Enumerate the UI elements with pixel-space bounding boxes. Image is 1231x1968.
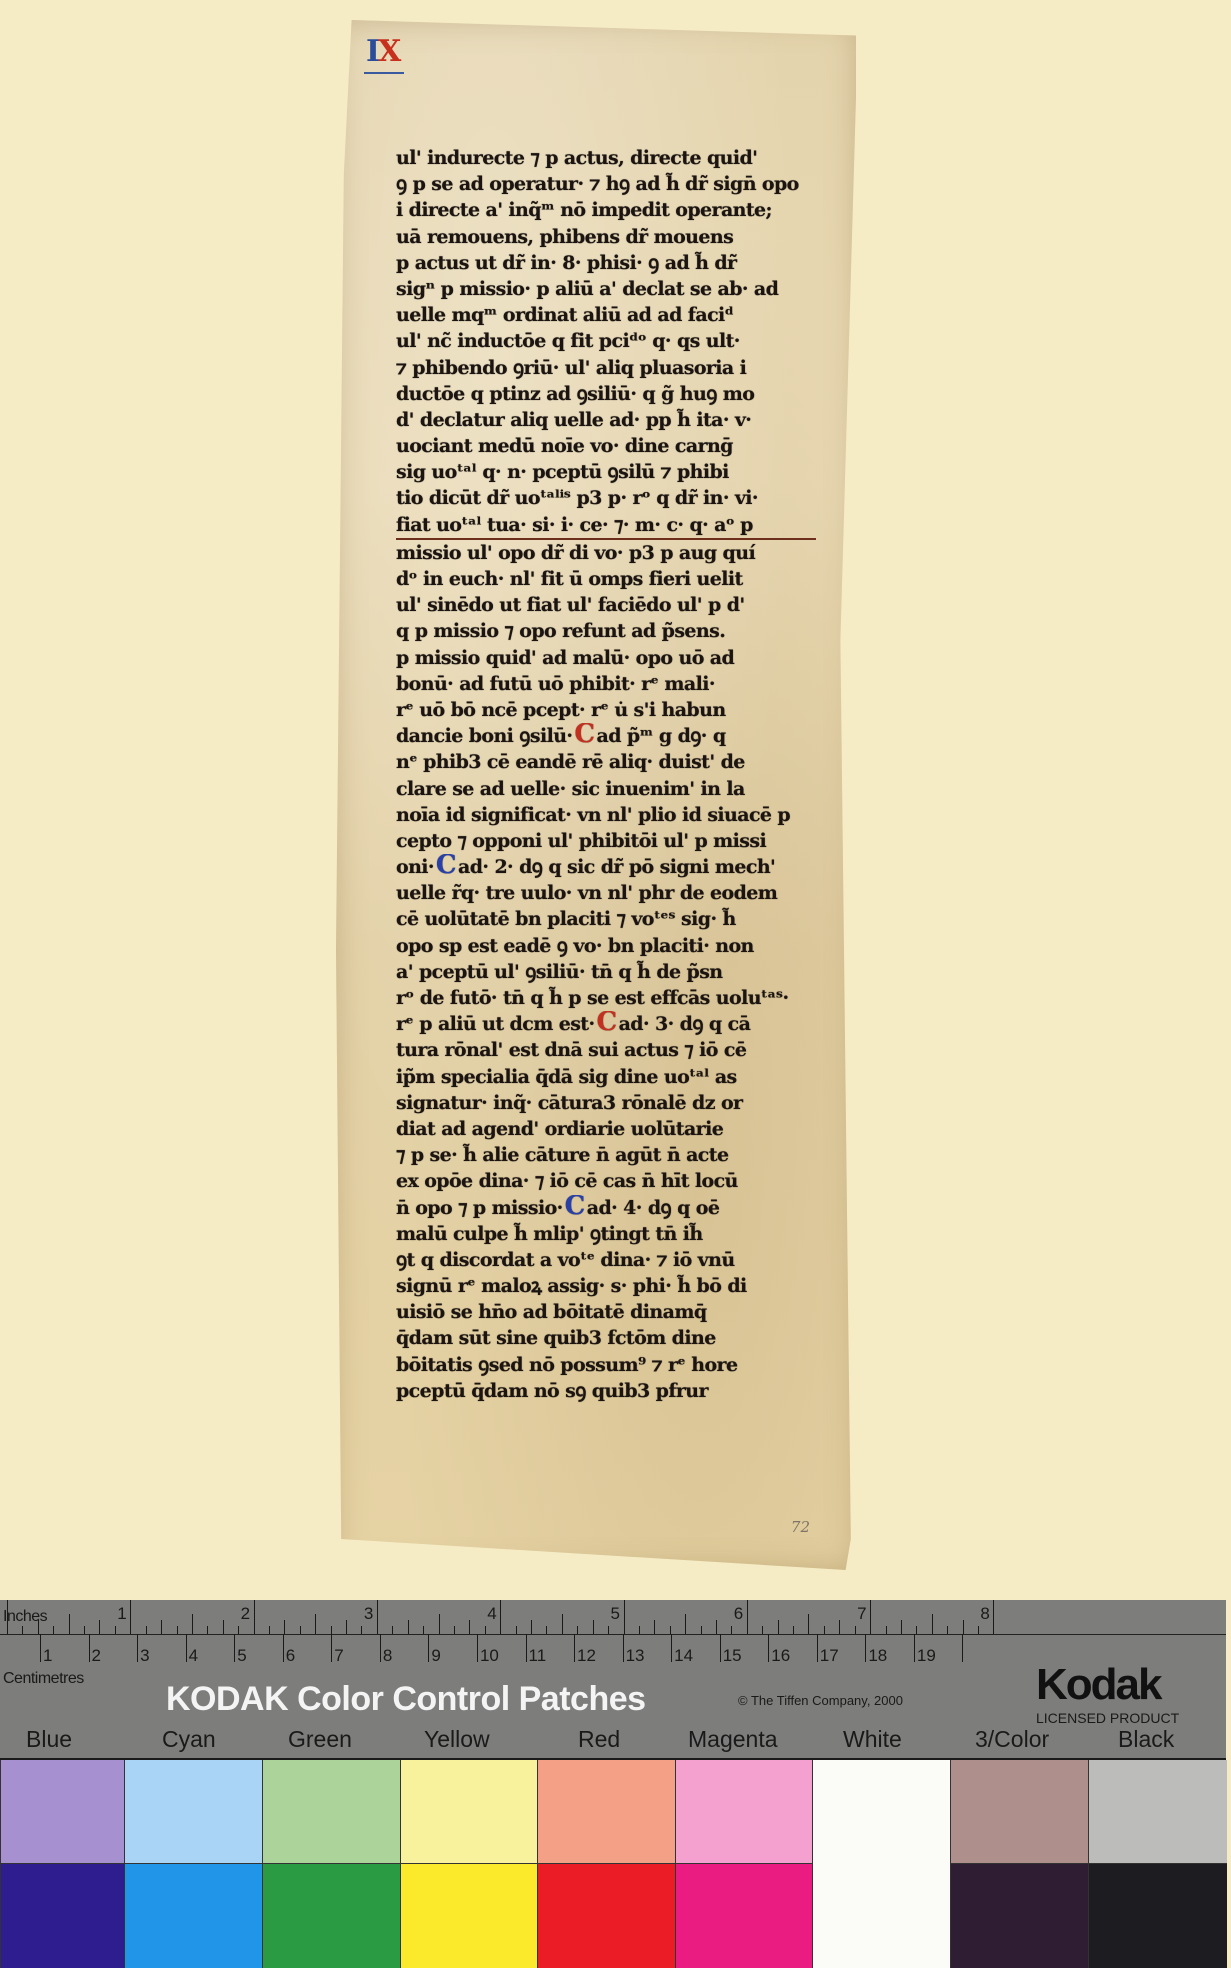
manuscript-line-text: ductōe q ptinz ad ꝯsiliū· q g̃ huꝯ mo [396,383,754,405]
manuscript-line-text: n̄ opo ⁊ p missio· [396,1197,563,1219]
manuscript-line-text: uā remouens, phibens dr̃ mouens [396,226,733,248]
manuscript-line-text: uociant medū noīe vo· dine carnḡ [396,435,733,457]
inch-tick [207,1626,208,1634]
manuscript-line-text: signatur· inq̃· cātura3 rōnalē dz or [396,1092,742,1114]
inch-tick [315,1614,316,1634]
manuscript-line: ul' indurecte ⁊ p actus, directe quid' [396,145,816,171]
patch-green-light [262,1760,401,1863]
manuscript-line-text: missio ul' opo dr̃ di vo· p3 p aug quí [396,542,755,564]
manuscript-line: p missio quid' ad malū· opo uō ad [396,645,816,671]
cm-tick-label: 7 [334,1646,343,1666]
inch-tick-label: 5 [611,1604,620,1624]
centimetres-label: Centimetres [3,1670,84,1688]
manuscript-line: cē uolūtatē bn placiti ⁊ voᵗᵉˢ sig· h̃ [396,906,816,932]
manuscript-line: malū culpe h̃ mlip' ꝯtingt tn̄ ih̃ [396,1221,816,1247]
manuscript-line: i directe a' inq̃ᵐ nō impedit operante; [396,197,816,223]
manuscript-line: ꝯt q discordat a voᵗᵉ dina· ⁊ iō vnū [396,1247,816,1273]
inch-tick [161,1620,162,1634]
manuscript-line-text: nᵉ phib3 cē eandē rē aliq· duist' de [396,751,745,773]
manuscript-line-text: ip̃m specialia q̄dā sig dine uoᵗᵃˡ as [396,1066,737,1088]
inch-tick [855,1626,856,1634]
manuscript-line-text: cepto ⁊ opponi ul' phibitōi ul' p missi [396,830,766,852]
inch-tick [99,1620,100,1634]
manuscript-line-text: malū culpe h̃ mlip' ꝯtingt tn̄ ih̃ [396,1223,703,1245]
color-patches [0,1758,1226,1968]
manuscript-line: ul' nc̃ inductōe q fit pciᵈᵒ q· qs ult· [396,328,816,354]
manuscript-line-text: q̄dam sūt sine quib3 fctōm dine [396,1327,716,1349]
inch-tick [624,1600,625,1634]
patch-green-dark [262,1863,401,1968]
inch-tick [69,1614,70,1634]
patch-label-yellow: Yellow [424,1726,490,1753]
patch-yellow-dark [400,1863,538,1968]
manuscript-line-text: clare se ad uelle· sic inuenim' in la [396,778,745,800]
paragraph-initial-blue: C [436,855,456,875]
inch-tick [146,1626,147,1634]
patch-labels: BlueCyanGreenYellowRedMagentaWhite3/Colo… [0,1724,1226,1754]
manuscript-line: n̄ opo ⁊ p missio·Cad· 4· dꝯ q oē [396,1195,816,1221]
inch-tick [947,1626,948,1634]
patch-white-light [812,1760,951,1968]
manuscript-line-text: p actus ut dr̃ in· 8· phisi· ꝯ ad h̃ dr̃ [396,252,736,274]
inch-tick-label: 2 [241,1604,250,1624]
paragraph-initial-red: C [574,724,594,744]
manuscript-line: noīa id significat· vn nl' plio id siuac… [396,802,816,828]
inch-tick [716,1620,717,1634]
cm-tick [234,1634,235,1662]
patch-cyan-light [124,1760,263,1863]
manuscript-line-text: tura rōnal' est dnā sui actus ⁊ iō cē [396,1039,746,1061]
manuscript-line-text: uelle mqᵐ ordinat aliū ad ad faciᵈ [396,304,734,326]
inch-tick [670,1626,671,1634]
quire-mark-red: X [378,34,399,69]
inch-tick [701,1626,702,1634]
patch-red-dark [537,1863,676,1968]
patch-magenta-light [675,1760,813,1863]
manuscript-line-text: p missio quid' ad malū· opo uō ad [396,647,734,669]
cm-tick [914,1634,915,1662]
inch-tick [500,1600,501,1634]
patch-label-3-color: 3/Color [975,1726,1049,1753]
inch-tick [361,1626,362,1634]
cm-tick-label: 10 [480,1646,499,1666]
manuscript-line: tio dicūt dr̃ uoᵗᵃˡⁱˢ p3 p· rᵒ q dr̃ in·… [396,485,816,511]
cm-tick-label: 15 [723,1646,742,1666]
cm-tick-label: 19 [917,1646,936,1666]
inch-tick [192,1614,193,1634]
patch-label-black: Black [1118,1726,1174,1753]
inch-tick [130,1600,131,1634]
manuscript-line: ductōe q ptinz ad ꝯsiliū· q g̃ huꝯ mo [396,381,816,407]
manuscript-line-text: rᵉ p aliū ut dcm est· [396,1013,595,1035]
patch-label-magenta: Magenta [688,1726,778,1753]
manuscript-line: bonū· ad futū uō phibit· rᵉ mali· [396,671,816,697]
inch-tick [808,1614,809,1634]
inch-tick [38,1620,39,1634]
inch-tick [824,1626,825,1634]
manuscript-line: sigⁿ p missio· p aliū a' declat se ab· a… [396,276,816,302]
manuscript-line-text: ul' nc̃ inductōe q fit pciᵈᵒ q· qs ult· [396,330,740,352]
copyright-notice: © The Tiffen Company, 2000 [738,1693,903,1708]
inch-tick [53,1626,54,1634]
inch-tick-label: 1 [117,1604,126,1624]
cm-tick [817,1634,818,1662]
inch-tick [685,1614,686,1634]
cm-tick-label: 5 [237,1646,246,1666]
cm-tick-label: 8 [383,1646,392,1666]
manuscript-line-text: noīa id significat· vn nl' plio id siuac… [396,804,790,826]
initial-following-text: ad· 3· dꝯ q cā [619,1013,751,1035]
inch-tick [84,1626,85,1634]
manuscript-line: sig uoᵗᵃˡ q· n· pceptū ꝯsilū ⁊ phibi [396,459,816,485]
manuscript-line-text: a' pceptū ul' ꝯsiliū· tn̄ q h̃ de p̃sn [396,961,723,983]
manuscript-line: clare se ad uelle· sic inuenim' in la [396,776,816,802]
manuscript-line: signatur· inq̃· cātura3 rōnalē dz or [396,1090,816,1116]
manuscript-line-text: dᵒ in euch· nl' fit ū omps fieri uelit [396,568,743,590]
inch-tick-label: 6 [734,1604,743,1624]
inch-tick [870,1600,871,1634]
manuscript-line-text: ⁊ p se· h̃ alie cāture n̄ agūt n̄ acte [396,1144,728,1166]
inch-tick-label: 3 [364,1604,373,1624]
cm-tick [380,1634,381,1662]
cm-tick-label: 2 [92,1646,101,1666]
manuscript-line-text: fiat uoᵗᵃˡ tua· si· i· ce· ⁊· m· c· q· a… [396,514,753,536]
cm-tick [283,1634,284,1662]
inch-tick [562,1614,563,1634]
inch-tick [963,1620,964,1634]
manuscript-line: ul' sinēdo ut fiat ul' faciēdo ul' p d' [396,592,816,618]
manuscript-line-text: pceptū q̄dam nō sꝯ quib3 pfrur [396,1380,708,1402]
inch-tick [516,1626,517,1634]
inch-tick [762,1626,763,1634]
manuscript-line-text: tio dicūt dr̃ uoᵗᵃˡⁱˢ p3 p· rᵒ q dr̃ in·… [396,487,758,509]
patch-blue-light [0,1760,125,1863]
kodak-color-target: Inches 12345678 123456789101112131415161… [0,1600,1226,1968]
manuscript-line-text: uisiō se hn̄o ad bōitatē dinamq̄ [396,1301,707,1323]
cm-tick-label: 17 [820,1646,839,1666]
inch-tick [223,1620,224,1634]
inch-tick [454,1626,455,1634]
cm-tick [768,1634,769,1662]
manuscript-line-text: ul' indurecte ⁊ p actus, directe quid' [396,147,757,169]
inch-tick [238,1626,239,1634]
patch-black-light [1088,1760,1227,1863]
inch-tick [177,1626,178,1634]
manuscript-line-text: ex opōe dina· ⁊ iō cē cas n̄ hīt locū [396,1170,738,1192]
cm-tick [574,1634,575,1662]
cm-tick [865,1634,866,1662]
manuscript-line-text: diat ad agend' ordiarie uolūtarie [396,1118,723,1140]
patch-label-cyan: Cyan [162,1726,216,1753]
cm-tick [623,1634,624,1662]
manuscript-line-text: q p missio ⁊ opo refunt ad p̃sens. [396,620,725,642]
manuscript-line: rᵒ de futō· tn̄ q h̃ p se est effcās uol… [396,985,816,1011]
manuscript-line: dancie boni ꝯsilū·Cad p̃ᵐ g dꝯ· q [396,723,816,749]
paragraph-initial-red: C [597,1012,617,1032]
inch-tick [439,1614,440,1634]
manuscript-line-text: d' declatur aliq uelle ad· pp h̃ ita· v· [396,409,751,431]
manuscript-line: bōitatis ꝯsed nō possum⁹ ⁊ rᵉ hore [396,1352,816,1378]
manuscript-line: ip̃m specialia q̄dā sig dine uoᵗᵃˡ as [396,1064,816,1090]
cm-tick [331,1634,332,1662]
manuscript-leaf: IX ul' indurecte ⁊ p actus, directe quid… [336,20,856,1570]
cm-tick-label: 16 [771,1646,790,1666]
inch-tick [269,1626,270,1634]
inch-tick [469,1620,470,1634]
manuscript-line: uelle r̃q· tre uulo· vn nl' phr de eodem [396,880,816,906]
manuscript-line: q̄dam sūt sine quib3 fctōm dine [396,1325,816,1351]
cm-tick-label: 18 [868,1646,887,1666]
inch-tick [485,1626,486,1634]
patch-blue-dark [0,1863,125,1968]
cm-tick-label: 3 [140,1646,149,1666]
manuscript-line: missio ul' opo dr̃ di vo· p3 p aug quí [396,540,816,566]
inch-ruler: Inches 12345678 [0,1600,1226,1635]
inch-tick [546,1626,547,1634]
inch-tick [284,1620,285,1634]
manuscript-line-text: dancie boni ꝯsilū· [396,725,572,747]
manuscript-line-text: sig uoᵗᵃˡ q· n· pceptū ꝯsilū ⁊ phibi [396,461,729,483]
manuscript-line: ⁊ p se· h̃ alie cāture n̄ agūt n̄ acte [396,1142,816,1168]
cm-tick-label: 11 [529,1646,547,1666]
cm-tick [720,1634,721,1662]
cm-tick [477,1634,478,1662]
manuscript-line: q p missio ⁊ opo refunt ad p̃sens. [396,618,816,644]
manuscript-line: pceptū q̄dam nō sꝯ quib3 pfrur [396,1378,816,1404]
cm-tick [89,1634,90,1662]
inch-tick [300,1626,301,1634]
inch-tick [254,1600,255,1634]
inch-tick [639,1626,640,1634]
patch-cyan-dark [124,1863,263,1968]
inch-tick [7,1600,8,1634]
inch-tick [747,1600,748,1634]
inch-tick [377,1600,378,1634]
target-title: KODAK Color Control Patches [166,1680,646,1719]
manuscript-line: diat ad agend' ordiarie uolūtarie [396,1116,816,1142]
quire-mark: IX [366,34,399,69]
patch-label-green: Green [288,1726,352,1753]
manuscript-line: oni·Cad· 2· dꝯ q sic dr̃ pō signi mech' [396,854,816,880]
inch-tick [731,1626,732,1634]
cm-tick [186,1634,187,1662]
manuscript-line-text: ꝯ p se ad operatur· ⁊ hꝯ ad h̃ dr̃ sign̄… [396,173,799,195]
inch-tick [778,1620,779,1634]
manuscript-line: a' pceptū ul' ꝯsiliū· tn̄ q h̃ de p̃sn [396,959,816,985]
inch-tick [392,1626,393,1634]
inch-tick-label: 4 [487,1604,496,1624]
cm-tick-label: 6 [286,1646,295,1666]
patch-3-color-light [950,1760,1089,1863]
cm-tick [428,1634,429,1662]
quire-mark-underline [364,72,404,74]
manuscript-line-text: ⁊ phibendo ꝯriū· ul' aliq pluasoria i [396,357,746,379]
inch-tick [423,1626,424,1634]
manuscript-line-text: uelle r̃q· tre uulo· vn nl' phr de eodem [396,882,777,904]
cm-tick-label: 13 [626,1646,645,1666]
manuscript-line-text: ul' sinēdo ut fiat ul' faciēdo ul' p d' [396,594,745,616]
inch-tick [839,1620,840,1634]
inches-label: Inches [3,1608,47,1626]
initial-following-text: ad· 4· dꝯ q oē [587,1197,720,1219]
inch-tick [331,1626,332,1634]
manuscript-line: d' declatur aliq uelle ad· pp h̃ ita· v· [396,407,816,433]
inch-tick [993,1600,994,1634]
inch-tick [932,1614,933,1634]
inch-tick [916,1626,917,1634]
manuscript-line-text: sigⁿ p missio· p aliū a' declat se ab· a… [396,278,778,300]
cm-tick [40,1634,41,1662]
inch-tick-label: 8 [980,1604,989,1624]
patch-label-white: White [843,1726,902,1753]
inch-tick [654,1620,655,1634]
initial-following-text: ad· 2· dꝯ q sic dr̃ pō signi mech' [458,856,775,878]
manuscript-line: uā remouens, phibens dr̃ mouens [396,224,816,250]
patch-label-blue: Blue [26,1726,72,1753]
patch-magenta-dark [675,1863,813,1968]
manuscript-line: p actus ut dr̃ in· 8· phisi· ꝯ ad h̃ dr̃ [396,250,816,276]
inch-tick [901,1620,902,1634]
inch-tick [978,1626,979,1634]
manuscript-line-text: i directe a' inq̃ᵐ nō impedit operante; [396,199,772,221]
manuscript-line-text: signū rᵉ maloꝝ assig· s· phi· h̃ bō di [396,1275,747,1297]
inch-tick [115,1626,116,1634]
cm-tick-label: 9 [431,1646,440,1666]
manuscript-line: nᵉ phib3 cē eandē rē aliq· duist' de [396,749,816,775]
manuscript-line: ⁊ phibendo ꝯriū· ul' aliq pluasoria i [396,355,816,381]
inch-tick [608,1626,609,1634]
manuscript-line: uisiō se hn̄o ad bōitatē dinamq̄ [396,1299,816,1325]
inch-tick [593,1620,594,1634]
manuscript-line: rᵉ uō bō ncē pcept· rᵉ u̇ s'i habun [396,697,816,723]
cm-tick-label: 1 [43,1646,52,1666]
cm-tick-label: 4 [189,1646,198,1666]
patch-label-red: Red [578,1726,620,1753]
manuscript-line: ꝯ p se ad operatur· ⁊ hꝯ ad h̃ dr̃ sign̄… [396,171,816,197]
manuscript-line-text: rᵉ uō bō ncē pcept· rᵉ u̇ s'i habun [396,699,726,721]
manuscript-line: tura rōnal' est dnā sui actus ⁊ iō cē [396,1037,816,1063]
manuscript-line: ex opōe dina· ⁊ iō cē cas n̄ hīt locū [396,1168,816,1194]
inch-tick [22,1626,23,1634]
inch-tick [577,1626,578,1634]
patch-black-dark [1088,1863,1227,1968]
manuscript-line: dᵒ in euch· nl' fit ū omps fieri uelit [396,566,816,592]
cm-tick-label: 14 [674,1646,693,1666]
cm-tick [671,1634,672,1662]
manuscript-line: cepto ⁊ opponi ul' phibitōi ul' p missi [396,828,816,854]
cm-tick [526,1634,527,1662]
manuscript-line: opo sp est eadē ꝯ vo· bn placiti· non [396,933,816,959]
initial-following-text: ad p̃ᵐ g dꝯ· q [597,725,726,747]
kodak-logo: Kodak [1036,1660,1160,1710]
inch-tick [346,1620,347,1634]
quire-mark-blue: I [366,34,378,69]
paragraph-initial-blue: C [565,1196,585,1216]
inch-tick [408,1620,409,1634]
manuscript-line: rᵉ p aliū ut dcm est·Cad· 3· dꝯ q cā [396,1011,816,1037]
manuscript-line-text: ꝯt q discordat a voᵗᵉ dina· ⁊ iō vnū [396,1249,735,1271]
cm-tick-label: 12 [577,1646,596,1666]
manuscript-line-text: bonū· ad futū uō phibit· rᵉ mali· [396,673,715,695]
patch-yellow-light [400,1760,538,1863]
patch-red-light [537,1760,676,1863]
cm-tick [962,1634,963,1662]
manuscript-line-text: bōitatis ꝯsed nō possum⁹ ⁊ rᵉ hore [396,1354,737,1376]
manuscript-line-text: opo sp est eadē ꝯ vo· bn placiti· non [396,935,754,957]
cm-tick [137,1634,138,1662]
manuscript-line-text: cē uolūtatē bn placiti ⁊ voᵗᵉˢ sig· h̃ [396,908,736,930]
manuscript-line-text: rᵒ de futō· tn̄ q h̃ p se est effcās uol… [396,987,789,1009]
manuscript-line: uelle mqᵐ ordinat aliū ad ad faciᵈ [396,302,816,328]
inch-tick [793,1626,794,1634]
manuscript-text-block: ul' indurecte ⁊ p actus, directe quid'ꝯ … [396,145,816,1404]
manuscript-line-text: oni· [396,856,434,878]
folio-number: 72 [791,1518,810,1536]
inch-tick [531,1620,532,1634]
manuscript-line: fiat uoᵗᵃˡ tua· si· i· ce· ⁊· m· c· q· a… [396,512,816,540]
patch-3-color-dark [950,1863,1089,1968]
inch-tick-label: 7 [857,1604,866,1624]
manuscript-line: signū rᵉ maloꝝ assig· s· phi· h̃ bō di [396,1273,816,1299]
inch-tick [886,1626,887,1634]
manuscript-line: uociant medū noīe vo· dine carnḡ [396,433,816,459]
